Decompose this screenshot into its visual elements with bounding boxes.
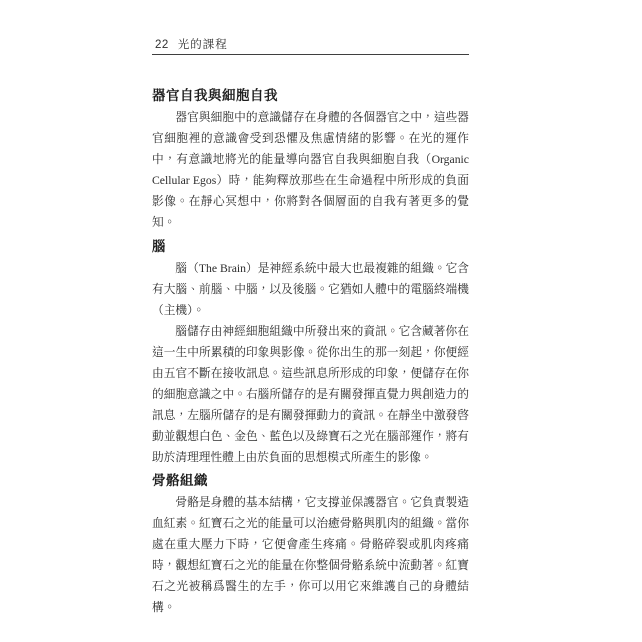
page-text-block: 22 光的課程 器官自我與細胞自我 器官與細胞中的意識儲存在身體的各個器官之中，…	[152, 38, 469, 618]
paragraph-organ-cell-self: 器官與細胞中的意識儲存在身體的各個器官之中，這些器官細胞裡的意識會受到恐懼及焦慮…	[152, 107, 469, 233]
section-heading-organ-cell-self: 器官自我與細胞自我	[152, 86, 469, 105]
header-rule	[152, 54, 469, 55]
page-number: 22	[155, 38, 169, 52]
page-header: 22 光的課程	[152, 38, 469, 52]
section-heading-skeletal-tissue: 骨骼組織	[152, 471, 469, 490]
paragraph-brain-1: 腦（The Brain）是神經系統中最大也最複雜的組織。它含有大腦、前腦、中腦，…	[152, 258, 469, 321]
book-page: 22 光的課程 器官自我與細胞自我 器官與細胞中的意識儲存在身體的各個器官之中，…	[0, 0, 642, 642]
running-title: 光的課程	[178, 38, 228, 52]
paragraph-brain-2: 腦儲存由神經細胞組織中所發出來的資訊。它含藏著你在這一生中所累積的印象與影像。從…	[152, 321, 469, 468]
section-heading-brain: 腦	[152, 237, 469, 256]
paragraph-skeletal-tissue: 骨骼是身體的基本結構，它支撐並保護器官。它負責製造血紅素。紅寶石之光的能量可以治…	[152, 492, 469, 618]
